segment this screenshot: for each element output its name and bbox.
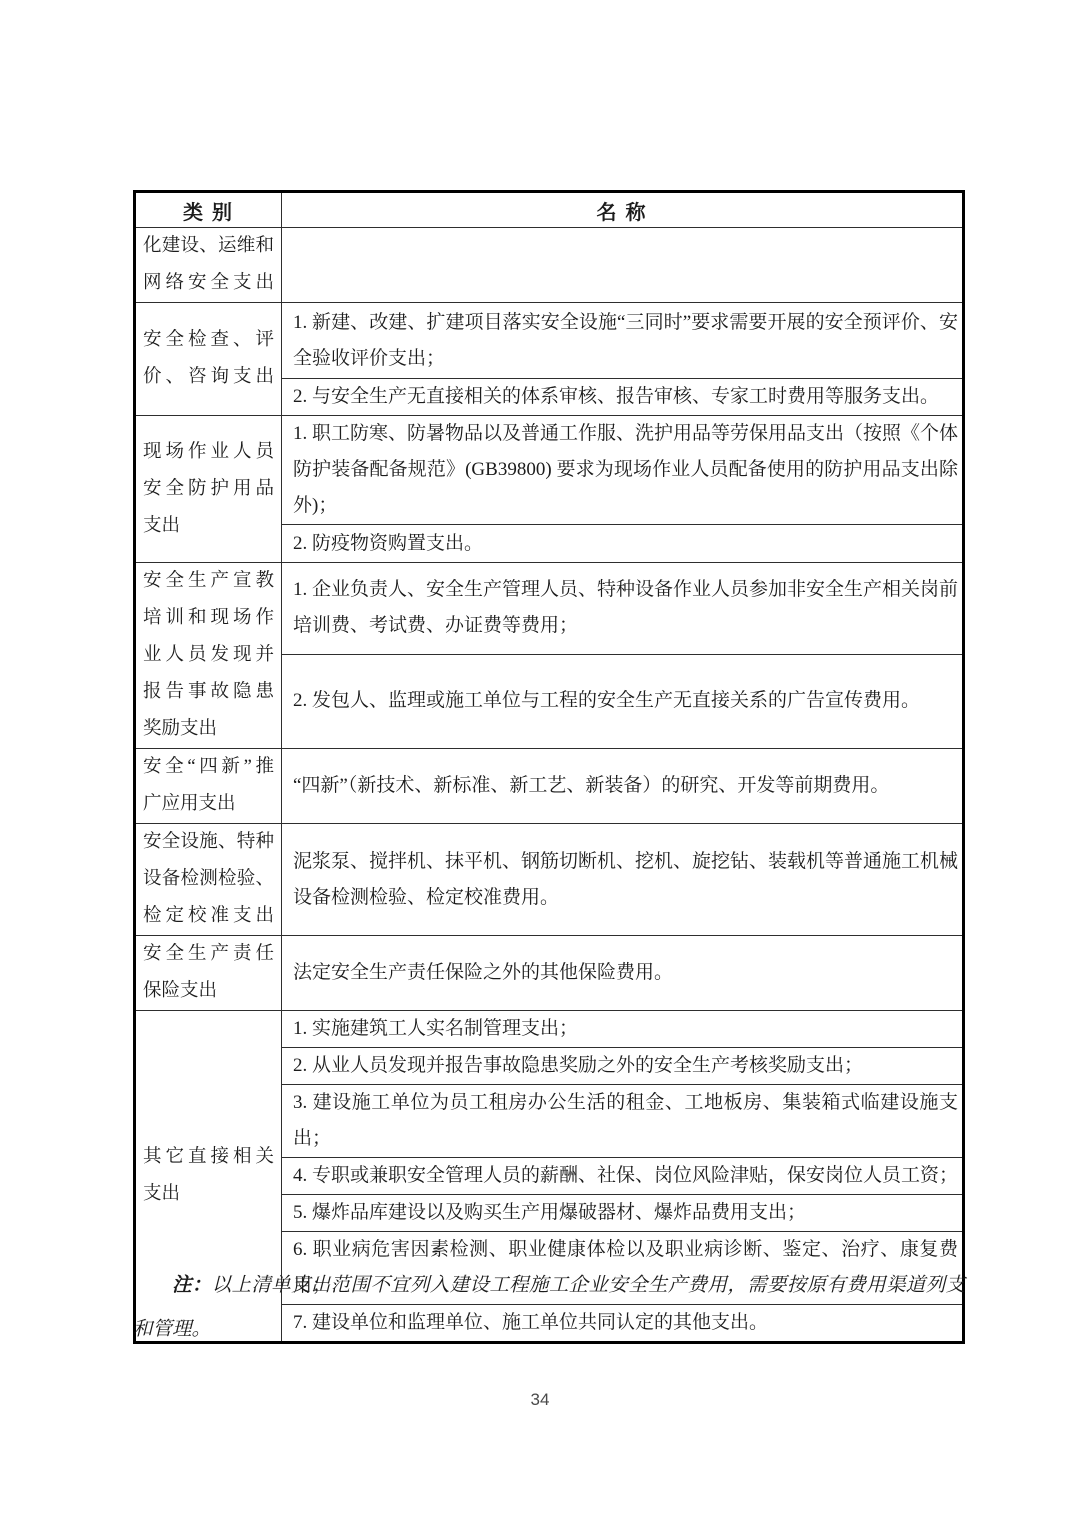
- name-cell: 法定安全生产责任保险之外的其他保险费用。: [282, 936, 964, 1011]
- document-page: 类 别 名 称 化建设、运维和 网络安全支出 安全检查、评 价、咨询支出 1. …: [0, 0, 1080, 1527]
- table-row: 安全设施、特种 设备检测检验、 检定校准支出 泥浆泵、搅拌机、抹平机、钢筋切断机…: [135, 824, 964, 936]
- category-line: 安全生产宣教: [143, 563, 274, 600]
- category-line: 安全防护用品: [143, 471, 274, 508]
- category-line: 支出: [143, 1176, 274, 1213]
- name-cell: [282, 228, 964, 303]
- footnote-text: 以上清单支出范围不宜列入建设工程施工企业安全生产费用，需要按原有费用渠道列支和管…: [133, 1275, 965, 1340]
- category-line: 安全“四新”推: [143, 749, 274, 786]
- expense-category-table: 类 别 名 称 化建设、运维和 网络安全支出 安全检查、评 价、咨询支出 1. …: [133, 190, 965, 1344]
- category-line: 安全生产责任: [143, 936, 274, 973]
- name-cell: 4. 专职或兼职安全管理人员的薪酬、社保、岗位风险津贴，保安岗位人员工资；: [282, 1158, 964, 1195]
- category-line: 保险支出: [143, 973, 274, 1010]
- table-row: 现场作业人员 安全防护用品 支出 1. 职工防寒、防暑物品以及普通工作服、洗护用…: [135, 416, 964, 525]
- name-cell: 2. 防疫物资购置支出。: [282, 525, 964, 563]
- name-cell: 泥浆泵、搅拌机、抹平机、钢筋切断机、挖机、旋挖钻、装载机等普通施工机械设备检测检…: [282, 824, 964, 936]
- name-cell: 2. 发包人、监理或施工单位与工程的安全生产无直接关系的广告宣传费用。: [282, 654, 964, 748]
- category-line: 价、咨询支出: [143, 359, 274, 396]
- footnote: 注：以上清单支出范围不宜列入建设工程施工企业安全生产费用，需要按原有费用渠道列支…: [133, 1264, 965, 1352]
- category-line: 支出: [143, 508, 274, 545]
- table-row: 安全生产责任 保险支出 法定安全生产责任保险之外的其他保险费用。: [135, 936, 964, 1011]
- category-cell: 安全检查、评 价、咨询支出: [135, 303, 282, 416]
- table-row: 其它直接相关 支出 1. 实施建筑工人实名制管理支出；: [135, 1011, 964, 1048]
- name-cell: 1. 实施建筑工人实名制管理支出；: [282, 1011, 964, 1048]
- category-line: 网络安全支出: [143, 265, 274, 302]
- name-cell: 2. 从业人员发现并报告事故隐患奖励之外的安全生产考核奖励支出；: [282, 1048, 964, 1085]
- category-line: 业人员发现并: [143, 637, 274, 674]
- category-line: 安全检查、评: [143, 322, 274, 359]
- name-cell: 1. 企业负责人、安全生产管理人员、特种设备作业人员参加非安全生产相关岗前培训费…: [282, 563, 964, 655]
- table-row: 安全“四新”推 广应用支出 “四新”（新技术、新标准、新工艺、新装备）的研究、开…: [135, 749, 964, 824]
- category-line: 广应用支出: [143, 786, 274, 823]
- category-line: 现场作业人员: [143, 434, 274, 471]
- name-cell: 3. 建设施工单位为员工租房办公生活的租金、工地板房、集装箱式临建设施支出；: [282, 1085, 964, 1158]
- page-number: 34: [0, 1390, 1080, 1410]
- category-line: 安全设施、特种: [143, 824, 274, 861]
- category-line: 培训和现场作: [143, 600, 274, 637]
- category-line: 其它直接相关: [143, 1139, 274, 1176]
- name-cell: 2. 与安全生产无直接相关的体系审核、报告审核、专家工时费用等服务支出。: [282, 379, 964, 416]
- table-row: 安全生产宣教 培训和现场作 业人员发现并 报告事故隐患 奖励支出 1. 企业负责…: [135, 563, 964, 655]
- category-cell: 化建设、运维和 网络安全支出: [135, 228, 282, 303]
- category-cell: 现场作业人员 安全防护用品 支出: [135, 416, 282, 563]
- footnote-label: 注：: [172, 1275, 212, 1296]
- category-cell: 安全生产宣教 培训和现场作 业人员发现并 报告事故隐患 奖励支出: [135, 563, 282, 749]
- name-cell: 1. 职工防寒、防暑物品以及普通工作服、洗护用品等劳保用品支出（按照《个体防护装…: [282, 416, 964, 525]
- category-cell: 安全“四新”推 广应用支出: [135, 749, 282, 824]
- header-name: 名 称: [282, 192, 964, 228]
- name-cell: 5. 爆炸品库建设以及购买生产用爆破器材、爆炸品费用支出；: [282, 1195, 964, 1232]
- category-cell: 安全生产责任 保险支出: [135, 936, 282, 1011]
- category-line: 报告事故隐患: [143, 674, 274, 711]
- category-line: 检定校准支出: [143, 898, 274, 935]
- category-line: 化建设、运维和: [143, 228, 274, 265]
- name-cell: 1. 新建、改建、扩建项目落实安全设施“三同时”要求需要开展的安全预评价、安全验…: [282, 303, 964, 379]
- name-cell: “四新”（新技术、新标准、新工艺、新装备）的研究、开发等前期费用。: [282, 749, 964, 824]
- category-cell: 安全设施、特种 设备检测检验、 检定校准支出: [135, 824, 282, 936]
- table-header-row: 类 别 名 称: [135, 192, 964, 228]
- table-row: 安全检查、评 价、咨询支出 1. 新建、改建、扩建项目落实安全设施“三同时”要求…: [135, 303, 964, 379]
- header-category: 类 别: [135, 192, 282, 228]
- category-line: 奖励支出: [143, 711, 274, 748]
- category-line: 设备检测检验、: [143, 861, 274, 898]
- table-row: 化建设、运维和 网络安全支出: [135, 228, 964, 303]
